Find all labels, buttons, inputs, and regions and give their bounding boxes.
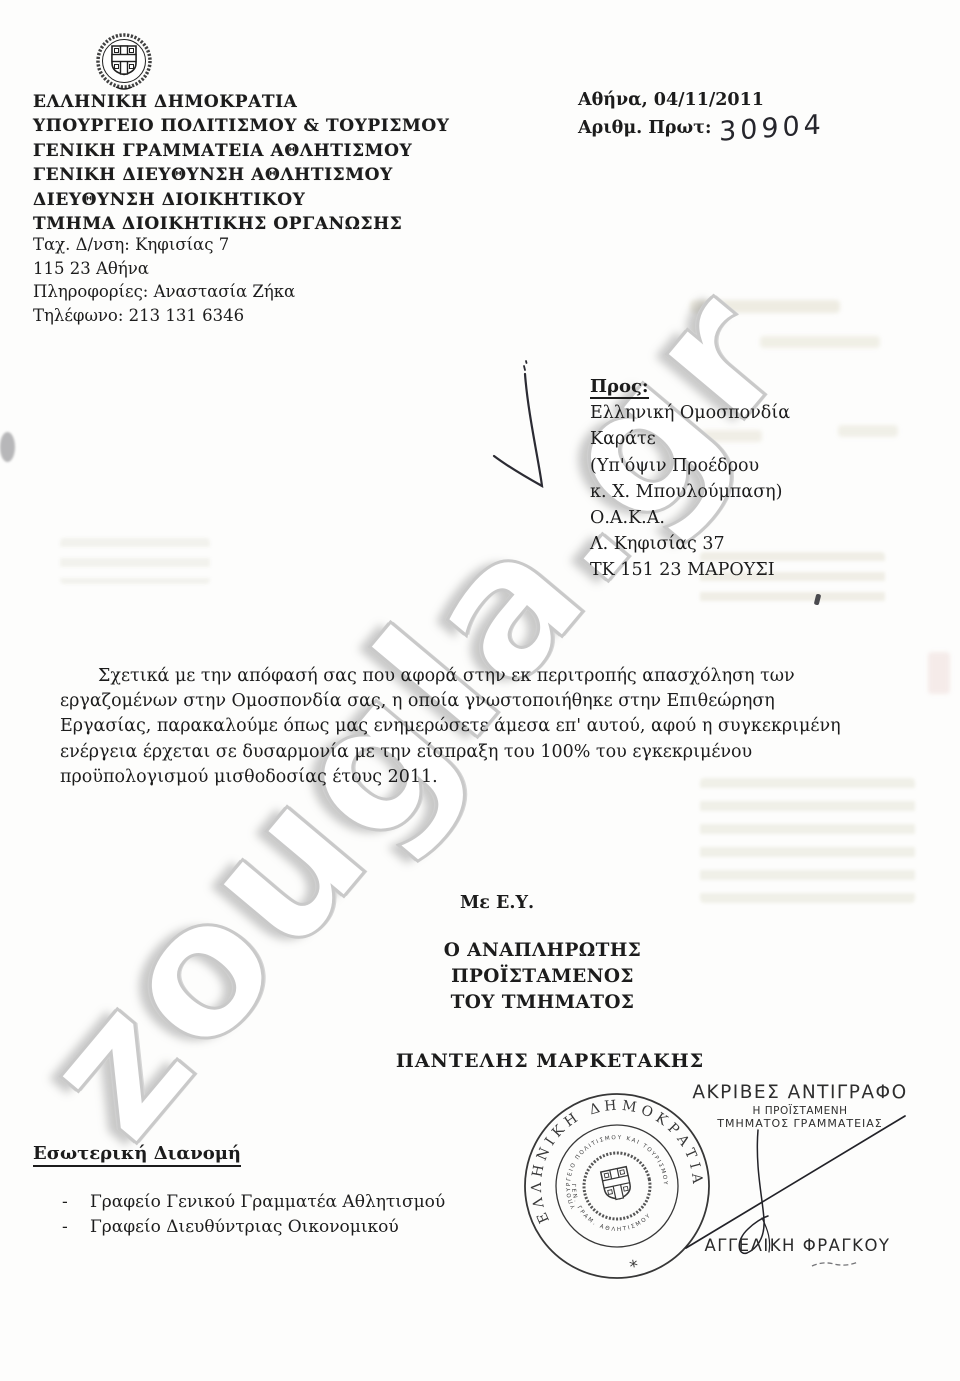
recipient-heading: Προς: <box>590 374 790 400</box>
scan-smudge <box>0 432 15 462</box>
stray-ink-mark <box>814 594 822 606</box>
recipient-line: Ο.Α.Κ.Α. <box>590 505 790 531</box>
distribution-item: - Γραφείο Γενικού Γραμματέα Αθλητισμού <box>62 1190 445 1215</box>
distribution-list: - Γραφείο Γενικού Γραμματέα Αθλητισμού -… <box>62 1190 445 1239</box>
closing-salutation: Με Ε.Υ. <box>417 893 577 913</box>
org-line: ΥΠΟΥΡΓΕΙΟ ΠΟΛΙΤΙΣΜΟΥ & ΤΟΥΡΙΣΜΟΥ <box>33 114 450 138</box>
recipient-line: κ. Χ. Μπουλούμπαση) <box>590 479 790 505</box>
org-line: ΓΕΝΙΚΗ ΓΡΑΜΜΑΤΕΙΑ ΑΘΛΗΤΙΣΜΟΥ <box>33 139 450 163</box>
body-line: ενέργεια έρχεται σε δυσαρμονία με την εί… <box>60 740 912 765</box>
bullet-dash: - <box>62 1190 90 1215</box>
stamp-star: * <box>628 1257 640 1278</box>
bleed-through-artifact <box>60 538 210 584</box>
letterhead-org-block: ΕΛΛΗΝΙΚΗ ΔΗΜΟΚΡΑΤΙΑ ΥΠΟΥΡΓΕΙΟ ΠΟΛΙΤΙΣΜΟΥ… <box>33 90 450 236</box>
recipient-block: Προς: Ελληνική Ομοσπονδία Καράτε (Υπ'όψι… <box>590 374 790 584</box>
bullet-dash: - <box>62 1215 90 1240</box>
protocol-number-handwritten: 30904 <box>720 109 826 147</box>
distribution-item-label: Γραφείο Γενικού Γραμματέα Αθλητισμού <box>90 1190 445 1215</box>
org-line: ΕΛΛΗΝΙΚΗ ΔΗΜΟΚΡΑΤΙΑ <box>33 90 450 114</box>
distribution-item-label: Γραφείο Διευθύντριας Οικονομικού <box>90 1215 399 1240</box>
closing-title-block: Ο ΑΝΑΠΛΗΡΩΤΗΣ ΠΡΟΪΣΤΑΜΕΝΟΣ ΤΟΥ ΤΜΗΜΑΤΟΣ <box>350 938 735 1016</box>
protocol-label: Αριθμ. Πρωτ: <box>578 118 711 138</box>
bleed-through-artifact <box>928 652 950 694</box>
closing-title-line: ΤΟΥ ΤΜΗΜΑΤΟΣ <box>451 992 635 1013</box>
org-line: ΔΙΕΥΘΥΝΣΗ ΔΙΟΙΚΗΤΙΚΟΥ <box>33 188 450 212</box>
bleed-through-artifact <box>838 425 898 437</box>
bleed-through-artifact <box>700 778 915 903</box>
scanned-letter-page: { "page": { "watermark": "zougla.gr" }, … <box>0 0 960 1381</box>
body-line: Εργασίας, παρακαλούμε όπως μας ενημερώσε… <box>60 714 912 739</box>
greek-coat-of-arms-icon <box>92 26 156 100</box>
recipient-line: ΤΚ 151 23 ΜΑΡΟΥΣΙ <box>590 557 790 583</box>
org-line: ΓΕΝΙΚΗ ΔΙΕΥΘΥΝΣΗ ΑΘΛΗΤΙΣΜΟΥ <box>33 163 450 187</box>
letter-body-paragraph: Σχετικά με την απόφασή σας που αφορά στη… <box>60 664 912 790</box>
contact-phone-line: Τηλέφωνο: 213 131 6346 <box>33 304 295 328</box>
date-line: Αθήνα, 04/11/2011 <box>578 90 764 110</box>
contact-address-line: Ταχ. Δ/νση: Κηφισίας 7 <box>33 233 295 257</box>
body-line: Σχετικά με την απόφασή σας που αφορά στη… <box>60 664 912 689</box>
distribution-heading: Εσωτερική Διανομή <box>33 1143 241 1164</box>
certifier-name: ΑΓΓΕΛΙΚΗ ΦΡΑΓΚΟΥ <box>690 1236 905 1255</box>
contact-info-line: Πληροφορίες: Αναστασία Ζήκα <box>33 280 295 304</box>
protocol-line: Αριθμ. Πρωτ:30904 <box>578 113 825 144</box>
signer-name: ΠΑΝΤΕΛΗΣ ΜΑΡΚΕΤΑΚΗΣ <box>360 1050 740 1072</box>
recipient-line: Λ. Κηφισίας 37 <box>590 531 790 557</box>
bleed-through-artifact <box>690 300 840 313</box>
body-line: προϋπολογισμού μισθοδοσίας έτους 2011. <box>60 765 912 790</box>
body-line: εργαζομένων στην Ομοσπονδία σας, η οποία… <box>60 689 912 714</box>
handwritten-checkmark <box>478 352 568 502</box>
recipient-line: Καράτε <box>590 426 790 452</box>
letterhead-contact-block: Ταχ. Δ/νση: Κηφισίας 7 115 23 Αθήνα Πληρ… <box>33 233 295 327</box>
contact-city-line: 115 23 Αθήνα <box>33 257 295 281</box>
closing-title-line: Ο ΑΝΑΠΛΗΡΩΤΗΣ ΠΡΟΪΣΤΑΜΕΝΟΣ <box>444 940 641 987</box>
distribution-item: - Γραφείο Διευθύντριας Οικονομικού <box>62 1215 445 1240</box>
recipient-line: Ελληνική Ομοσπονδία <box>590 400 790 426</box>
bleed-through-artifact <box>760 336 880 348</box>
recipient-line: (Υπ'όψιν Προέδρου <box>590 453 790 479</box>
